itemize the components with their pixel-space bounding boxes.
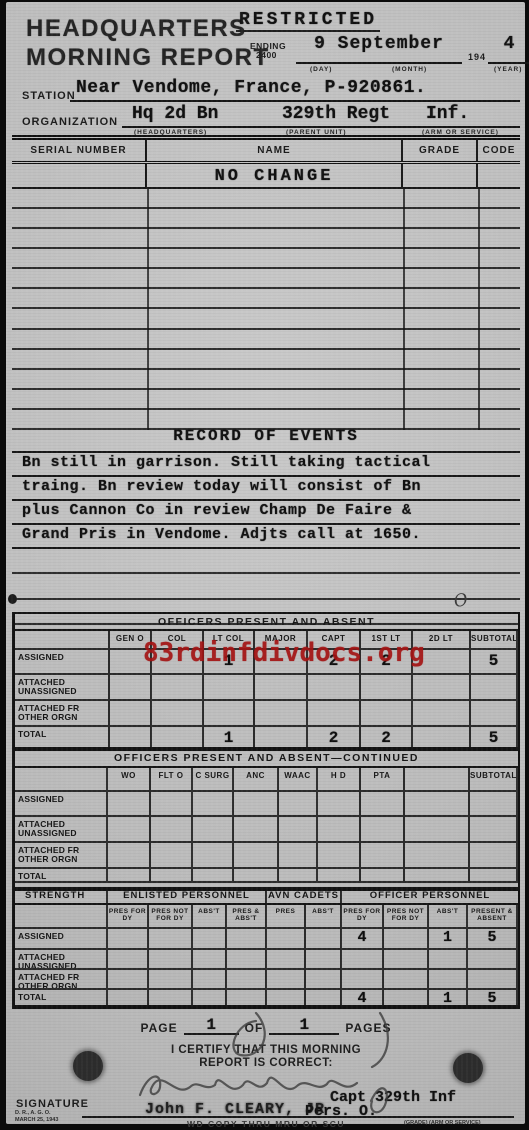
- column-header: WAAC: [279, 768, 318, 792]
- cell-value: [267, 929, 306, 950]
- cell-value: [267, 970, 306, 990]
- row-label: ATTACHED UNASSIGNED: [15, 675, 110, 701]
- cell-value: [405, 792, 470, 817]
- cell-value: [110, 675, 152, 701]
- cell-value: [110, 727, 152, 749]
- officer-group-header: OFFICER PERSONNEL: [342, 889, 518, 903]
- officers-table: OFFICERS PRESENT AND ABSENT GEN OCOLLT C…: [12, 612, 520, 751]
- row-label: TOTAL: [15, 727, 110, 749]
- serial-cell: [12, 164, 147, 187]
- year-field: 4: [488, 34, 529, 64]
- row-label: ATTACHED UNASSIGNED: [15, 817, 108, 843]
- org-parent-field: 329th Regt: [282, 104, 390, 124]
- column-header: SUBTOTAL: [471, 631, 518, 650]
- cell-value: [342, 970, 384, 990]
- station-field: Near Vendome, France, P-920861.: [76, 78, 426, 98]
- station-rule: [70, 100, 520, 102]
- cell-value: [108, 929, 149, 950]
- grade-header: GRADE: [403, 140, 478, 161]
- strength-group-header: STRENGTH ENLISTED PERSONNEL AVN CADETS O…: [15, 889, 518, 905]
- officers-continued-grid: WOFLT OC SURGANCWAACH DPTASUBTOTALASSIGN…: [15, 768, 518, 883]
- year-sublabel: (YEAR): [494, 66, 522, 73]
- row-label: ASSIGNED: [15, 929, 108, 950]
- cell-value: 2: [308, 727, 361, 749]
- blank-row: [12, 269, 520, 289]
- cell-value: [193, 970, 227, 990]
- row-label: ASSIGNED: [15, 792, 108, 817]
- cell-value: [384, 970, 429, 990]
- cell-value: [413, 701, 471, 727]
- column-header: H D: [318, 768, 361, 792]
- cell-value: [227, 970, 267, 990]
- cell-value: [279, 817, 318, 843]
- cell-value: 5: [471, 727, 518, 749]
- cell-value: [108, 970, 149, 990]
- events-line: traing. Bn review today will consist of …: [12, 477, 520, 501]
- cell-value: [279, 843, 318, 869]
- org-hq-field: Hq 2d Bn: [132, 104, 218, 124]
- cell-value: [471, 675, 518, 701]
- cell-value: [413, 675, 471, 701]
- row-label: ATTACHED FR OTHER ORGN: [15, 970, 108, 990]
- column-header: PTA: [361, 768, 405, 792]
- cell-value: [342, 950, 384, 970]
- strength-title: STRENGTH: [15, 889, 108, 903]
- column-header: ABS'T: [193, 905, 227, 929]
- column-header: PRES NOT FOR DY: [384, 905, 429, 929]
- year-printed: 194: [468, 52, 486, 62]
- paper-sheet: HEADQUARTERS MORNING REPORT RESTRICTED E…: [6, 2, 525, 1124]
- form-header: HEADQUARTERS MORNING REPORT RESTRICTED E…: [14, 6, 520, 135]
- row-label: TOTAL: [15, 869, 108, 883]
- column-header: PRESENT & ABSENT: [468, 905, 518, 929]
- cell-value: [193, 792, 234, 817]
- cell-value: [234, 843, 279, 869]
- blank-row: [12, 309, 520, 329]
- no-change-entry: NO CHANGE: [147, 164, 403, 187]
- cell-value: [384, 929, 429, 950]
- cell-value: 5: [468, 929, 518, 950]
- cell-value: [468, 970, 518, 990]
- strength-table: STRENGTH ENLISTED PERSONNEL AVN CADETS O…: [12, 887, 520, 1009]
- cell-value: [361, 701, 413, 727]
- events-line: Grand Pris in Vendome. Adjts call at 165…: [12, 525, 520, 549]
- avn-cadets-group-header: AVN CADETS: [267, 889, 342, 903]
- name-header: NAME: [147, 140, 403, 161]
- org-arm-field: Inf.: [426, 104, 469, 124]
- cell-value: [468, 950, 518, 970]
- cell-value: [149, 970, 193, 990]
- strength-grid: PRES FOR DYPRES NOT FOR DYABS'TPRES & AB…: [15, 905, 518, 1009]
- cell-value: [470, 843, 518, 869]
- scan-artifact-dot: [8, 594, 17, 604]
- cell-value: [308, 675, 361, 701]
- column-header: FLT O: [151, 768, 193, 792]
- cell-value: [108, 869, 151, 883]
- cell-value: [470, 869, 518, 883]
- hole-punch-left: [73, 1051, 103, 1081]
- organization-label: ORGANIZATION: [22, 116, 118, 128]
- officers-continued-table: OFFICERS PRESENT AND ABSENT—CONTINUED WO…: [12, 747, 520, 891]
- cell-value: [361, 869, 405, 883]
- cell-value: [470, 792, 518, 817]
- row-label: ASSIGNED: [15, 650, 110, 675]
- blank-row: [12, 209, 520, 229]
- scanned-morning-report: HEADQUARTERS MORNING REPORT RESTRICTED E…: [0, 0, 529, 1130]
- corner-cell: [15, 768, 108, 792]
- cell-value: [306, 950, 342, 970]
- blank-row: [12, 229, 520, 249]
- cell-value: [318, 843, 361, 869]
- cell-value: 5: [471, 650, 518, 675]
- cell-value: [361, 792, 405, 817]
- column-header: PRES: [267, 905, 306, 929]
- cell-value: [204, 701, 255, 727]
- column-header: ABS'T: [306, 905, 342, 929]
- officers-continued-title: OFFICERS PRESENT AND ABSENT—CONTINUED: [15, 749, 518, 768]
- cell-value: [227, 929, 267, 950]
- cell-value: [413, 727, 471, 749]
- cell-value: [470, 817, 518, 843]
- blank-row: [12, 574, 520, 599]
- cell-value: [108, 792, 151, 817]
- blank-row: [12, 189, 520, 209]
- cell-value: [384, 950, 429, 970]
- cell-value: [152, 727, 204, 749]
- record-of-events-title: RECORD OF EVENTS: [12, 425, 520, 453]
- cell-value: [306, 929, 342, 950]
- row-label: ATTACHED UNASSIGNED: [15, 950, 108, 970]
- form-footer: PAGE 1 OF 1 PAGES I CERTIFY THAT THIS MO…: [12, 1005, 520, 1126]
- cell-value: [471, 701, 518, 727]
- cell-value: [108, 843, 151, 869]
- watermark: 83rdinfdivdocs.org: [143, 638, 425, 668]
- cell-value: [267, 950, 306, 970]
- cell-value: [306, 970, 342, 990]
- column-header: PRES NOT FOR DY: [149, 905, 193, 929]
- blank-row: [12, 390, 520, 410]
- date-field: 9 September: [296, 34, 462, 64]
- cell-value: 1: [429, 929, 468, 950]
- column-header: SUBTOTAL: [470, 768, 518, 792]
- column-divider: [147, 189, 149, 430]
- cell-value: [255, 727, 308, 749]
- classification-stamp: RESTRICTED: [236, 10, 380, 32]
- cell-value: [405, 869, 470, 883]
- handwritten-signature: [128, 1007, 438, 1119]
- blank-row: [12, 350, 520, 370]
- cell-value: 4: [342, 929, 384, 950]
- cell-value: [361, 817, 405, 843]
- day-sublabel: (DAY): [310, 66, 332, 73]
- corner-cell: [15, 631, 110, 650]
- column-header: [405, 768, 470, 792]
- form-title: HEADQUARTERS MORNING REPORT: [26, 14, 270, 72]
- cell-value: [308, 701, 361, 727]
- column-header: WO: [108, 768, 151, 792]
- cell-value: [405, 843, 470, 869]
- column-header: PRES FOR DY: [108, 905, 149, 929]
- hole-punch-right: [453, 1053, 483, 1083]
- record-of-events-section: RECORD OF EVENTS Bn still in garrison. S…: [12, 425, 520, 612]
- cell-value: [318, 817, 361, 843]
- cell-value: [361, 843, 405, 869]
- officers-table-title: OFFICERS PRESENT AND ABSENT: [15, 614, 518, 631]
- column-divider: [403, 189, 405, 430]
- roster-table: SERIAL NUMBER NAME GRADE CODE NO CHANGE: [12, 135, 520, 430]
- cell-value: [279, 869, 318, 883]
- cell-value: [405, 817, 470, 843]
- cell-value: 2: [361, 727, 413, 749]
- roster-entry-row: NO CHANGE: [12, 164, 520, 189]
- cell-value: [361, 675, 413, 701]
- organization-rule: [122, 126, 520, 128]
- events-line: plus Cannon Co in review Champ De Faire …: [12, 501, 520, 525]
- cell-value: [429, 950, 468, 970]
- cell-value: [234, 817, 279, 843]
- cell-value: [151, 817, 193, 843]
- row-label: ATTACHED FR OTHER ORGN: [15, 843, 108, 869]
- form-title-line1: HEADQUARTERS: [26, 14, 270, 43]
- cell-value: [152, 701, 204, 727]
- corner-cell: [15, 905, 108, 929]
- blank-row: [12, 289, 520, 309]
- blank-row: [12, 549, 520, 574]
- column-header: ABS'T: [429, 905, 468, 929]
- column-header: PRES & ABS'T: [227, 905, 267, 929]
- blank-row: [12, 249, 520, 269]
- cell-value: [108, 950, 149, 970]
- cell-value: [193, 950, 227, 970]
- cell-value: [151, 792, 193, 817]
- events-line: Bn still in garrison. Still taking tacti…: [12, 453, 520, 477]
- station-label: STATION: [22, 90, 76, 102]
- cell-value: [227, 950, 267, 970]
- grade-cell: [403, 164, 478, 187]
- ending-label: ENDING 2400: [250, 42, 286, 60]
- cell-value: [318, 869, 361, 883]
- copy-routing-note: WD COPY THRU MRU OR SCU: [12, 1119, 520, 1129]
- cell-value: [318, 792, 361, 817]
- cell-value: [108, 817, 151, 843]
- code-cell: [478, 164, 520, 187]
- enlisted-group-header: ENLISTED PERSONNEL: [108, 889, 267, 903]
- cell-value: [429, 970, 468, 990]
- column-header: C SURG: [193, 768, 234, 792]
- row-label: ATTACHED FR OTHER ORGN: [15, 701, 110, 727]
- cell-value: [279, 792, 318, 817]
- code-header: CODE: [478, 140, 520, 161]
- roster-blank-rows: [12, 189, 520, 430]
- month-sublabel: (MONTH): [392, 66, 427, 73]
- roster-header-row: SERIAL NUMBER NAME GRADE CODE: [12, 140, 520, 164]
- cell-value: [151, 869, 193, 883]
- cell-value: [152, 675, 204, 701]
- cell-value: [193, 843, 234, 869]
- blank-row: [12, 330, 520, 350]
- cell-value: [204, 675, 255, 701]
- cell-value: [149, 950, 193, 970]
- cell-value: [193, 929, 227, 950]
- signature-label: SIGNATURE: [16, 1098, 89, 1110]
- ending-time: 2400: [250, 51, 286, 60]
- cell-value: 1: [204, 727, 255, 749]
- column-header: PRES FOR DY: [342, 905, 384, 929]
- cell-value: [234, 792, 279, 817]
- column-header: ANC: [234, 768, 279, 792]
- cell-value: [149, 929, 193, 950]
- form-title-line2: MORNING REPORT: [26, 43, 270, 72]
- column-divider: [478, 189, 480, 430]
- serial-number-header: SERIAL NUMBER: [12, 140, 147, 161]
- cell-value: [193, 817, 234, 843]
- cell-value: [234, 869, 279, 883]
- cell-value: [255, 675, 308, 701]
- cell-value: [255, 701, 308, 727]
- cell-value: [151, 843, 193, 869]
- blank-row: [12, 370, 520, 390]
- cell-value: [193, 869, 234, 883]
- cell-value: [110, 701, 152, 727]
